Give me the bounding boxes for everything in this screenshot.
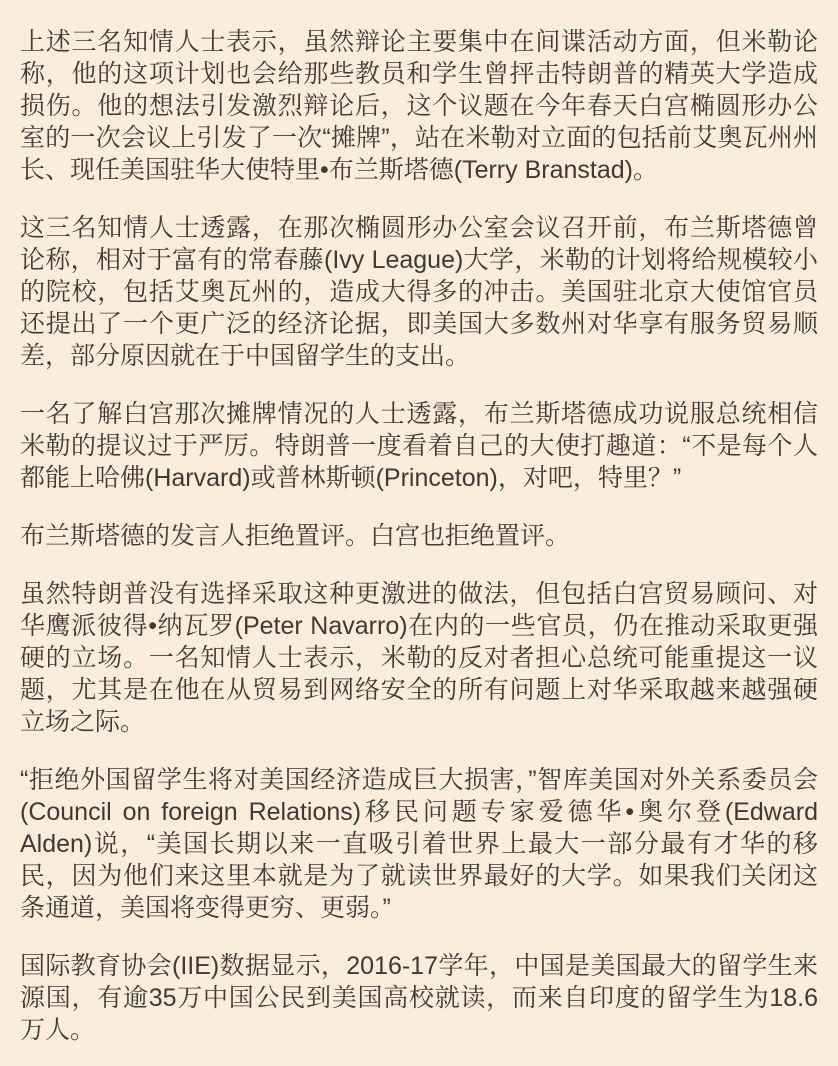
paragraph: 这三名知情人士透露，在那次椭圆形办公室会议召开前，布兰斯塔德曾论称，相对于富有的…	[20, 212, 818, 372]
article-body: 上述三名知情人士表示，虽然辩论主要集中在间谍活动方面，但米勒论称，他的这项计划也…	[0, 0, 838, 1066]
paragraph: 一名了解白宫那次摊牌情况的人士透露，布兰斯塔德成功说服总统相信米勒的提议过于严厉…	[20, 398, 818, 494]
paragraph: 虽然特朗普没有选择采取这种更激进的做法，但包括白宫贸易顾问、对华鹰派彼得•纳瓦罗…	[20, 578, 818, 738]
paragraph: 布兰斯塔德的发言人拒绝置评。白宫也拒绝置评。	[20, 520, 818, 552]
paragraph: “拒绝外国留学生将对美国经济造成巨大损害，”智库美国对外关系委员会(Counci…	[20, 764, 818, 924]
paragraph: 上述三名知情人士表示，虽然辩论主要集中在间谍活动方面，但米勒论称，他的这项计划也…	[20, 26, 818, 186]
paragraph: 国际教育协会(IIE)数据显示，2016-17学年，中国是美国最大的留学生来源国…	[20, 950, 818, 1046]
